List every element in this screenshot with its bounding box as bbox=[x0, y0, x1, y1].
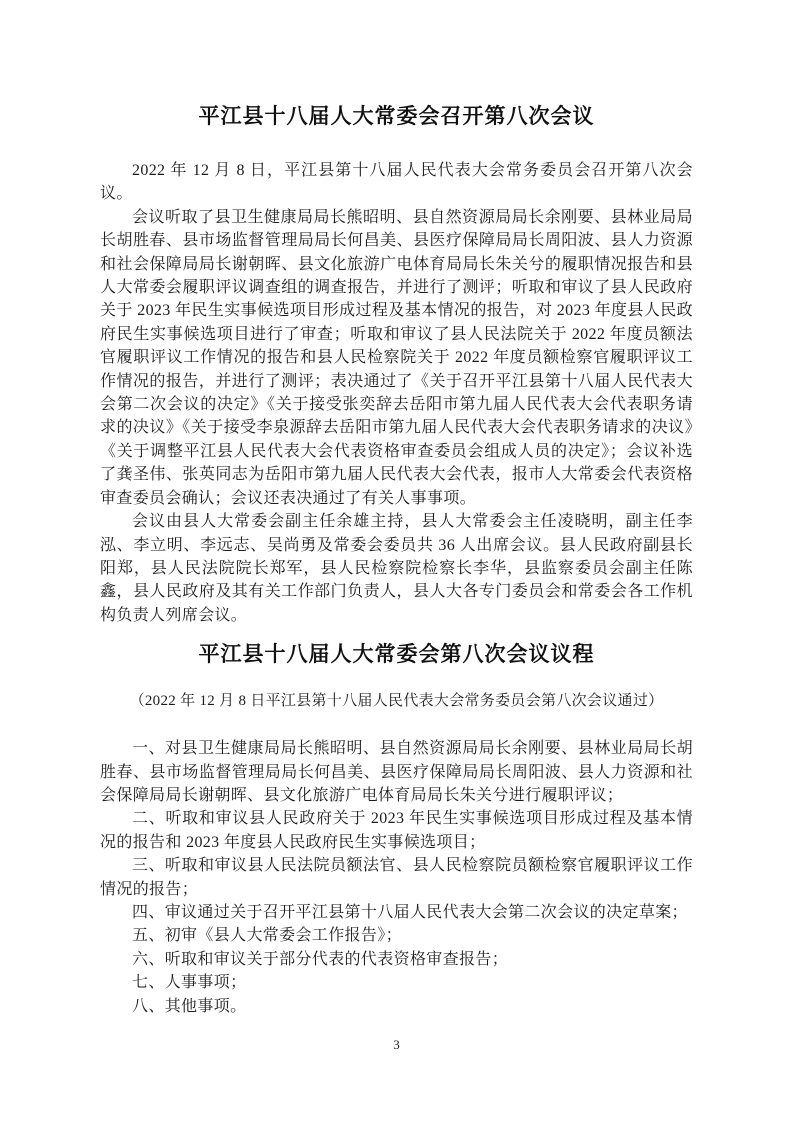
meeting-report-body: 2022 年 12 月 8 日，平江县第十八届人民代表大会常务委员会召开第八次会… bbox=[100, 159, 693, 627]
agenda-item-3: 三、听取和审议县人民法院员额法官、县人民检察院员额检察官履职评议工作情况的报告； bbox=[100, 854, 693, 901]
agenda-item-5: 五、初审《县人大常委会工作报告》； bbox=[100, 924, 693, 947]
agenda-item-1: 一、对县卫生健康局局长熊昭明、县自然资源局局长余刚要、县林业局局长胡胜春、县市场… bbox=[100, 737, 693, 807]
agenda-item-6: 六、听取和审议关于部分代表的代表资格审查报告； bbox=[100, 948, 693, 971]
agenda-item-4: 四、审议通过关于召开平江县第十八届人民代表大会第二次会议的决定草案； bbox=[100, 901, 693, 924]
report-paragraph-proceedings: 会议听取了县卫生健康局局长熊昭明、县自然资源局局长余刚要、县林业局局长胡胜春、县… bbox=[100, 206, 693, 510]
agenda-title: 平江县十八届人大常委会第八次会议议程 bbox=[100, 641, 693, 668]
agenda-item-7: 七、人事事项； bbox=[100, 971, 693, 994]
agenda-item-2: 二、听取和审议县人民政府关于 2023 年民生实事候选项目形成过程及基本情况的报… bbox=[100, 807, 693, 854]
report-paragraph-date: 2022 年 12 月 8 日，平江县第十八届人民代表大会常务委员会召开第八次会… bbox=[100, 159, 693, 206]
agenda-section: 平江县十八届人大常委会第八次会议议程 （2022 年 12 月 8 日平江县第十… bbox=[100, 641, 693, 1018]
document-page: 平江县十八届人大常委会召开第八次会议 2022 年 12 月 8 日，平江县第十… bbox=[0, 0, 793, 1122]
agenda-adoption-note: （2022 年 12 月 8 日平江县第十八届人民代表大会常务委员会第八次会议通… bbox=[100, 690, 693, 712]
meeting-report-title: 平江县十八届人大常委会召开第八次会议 bbox=[100, 0, 693, 130]
agenda-list: 一、对县卫生健康局局长熊昭明、县自然资源局局长余刚要、县林业局局长胡胜春、县市场… bbox=[100, 737, 693, 1018]
meeting-report-section: 平江县十八届人大常委会召开第八次会议 2022 年 12 月 8 日，平江县第十… bbox=[100, 0, 693, 627]
page-number: 3 bbox=[0, 1037, 793, 1053]
report-paragraph-attendees: 会议由县人大常委会副主任余雄主持，县人大常委会主任凌晓明，副主任李泓、李立明、李… bbox=[100, 510, 693, 627]
agenda-item-8: 八、其他事项。 bbox=[100, 995, 693, 1018]
